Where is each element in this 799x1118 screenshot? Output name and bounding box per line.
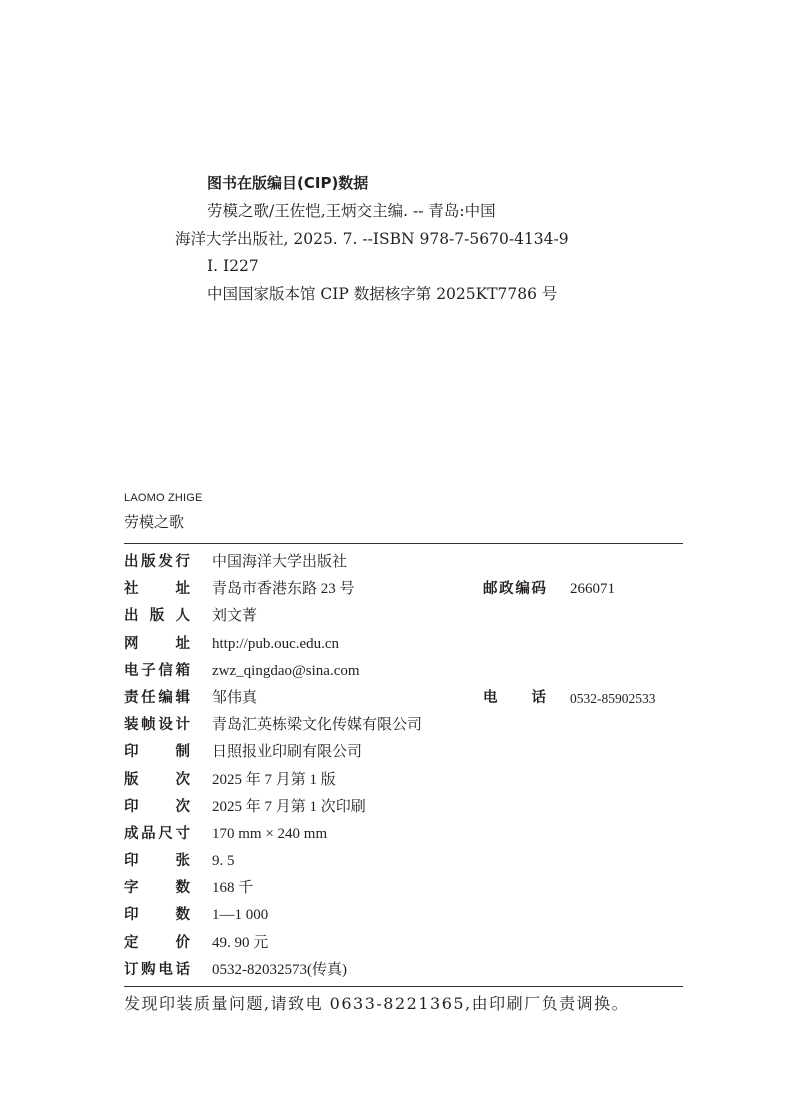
info-label: 字数 <box>124 875 190 902</box>
info-row: 版次2025 年 7 月第 1 版 <box>124 767 684 794</box>
info-label-char: 发 <box>158 549 173 576</box>
info-label-char: 出 <box>124 603 139 630</box>
book-title-pinyin: LAOMO ZHIGE <box>124 492 203 504</box>
info-value: 中国海洋大学出版社 <box>212 549 347 576</box>
info-label-char: 社 <box>124 576 139 603</box>
info-label-char: 出 <box>124 549 139 576</box>
info-row: 网址http://pub.ouc.edu.cn <box>124 631 684 658</box>
info-label-char: 次 <box>176 794 191 821</box>
info-row: 成品尺寸170 mm × 240 mm <box>124 821 684 848</box>
info-label-char: 行 <box>175 549 190 576</box>
info-label-char: 网 <box>124 631 139 658</box>
info-label-char: 箱 <box>175 658 190 685</box>
info-label: 出版发行 <box>124 549 190 576</box>
info-label-char: 定 <box>124 930 139 957</box>
info-value-secondary: 266071 <box>570 576 615 603</box>
info-label: 成品尺寸 <box>124 821 190 848</box>
cip-line-classification: Ⅰ. I227 <box>175 253 595 281</box>
info-label-char: 人 <box>176 603 191 630</box>
info-row: 装帧设计青岛汇英栋梁文化传媒有限公司 <box>124 712 684 739</box>
info-value: 青岛市香港东路 23 号 <box>212 576 355 603</box>
info-label: 装帧设计 <box>124 712 190 739</box>
info-row: 出版人刘文菁 <box>124 603 684 630</box>
info-label-char: 子 <box>141 658 156 685</box>
info-label-char: 版 <box>124 767 139 794</box>
info-row: 印张9. 5 <box>124 848 684 875</box>
info-label-char: 印 <box>124 739 139 766</box>
cip-data-block: 图书在版编目(CIP)数据 劳模之歌/王佐恺,王炳交主编. -- 青岛:中国 海… <box>175 170 595 309</box>
info-label-char: 制 <box>176 739 191 766</box>
info-value-secondary: 0532-85902533 <box>570 685 656 712</box>
info-row: 字数168 千 <box>124 875 684 902</box>
info-row: 印数1—1 000 <box>124 902 684 929</box>
info-row: 责任编辑邹伟真电话0532-85902533 <box>124 685 684 712</box>
info-row: 印次2025 年 7 月第 1 次印刷 <box>124 794 684 821</box>
info-label-char: 订 <box>124 957 139 984</box>
info-label-char: 责 <box>124 685 139 712</box>
info-value: 刘文菁 <box>212 603 257 630</box>
info-label-char: 政 <box>499 576 514 603</box>
info-row: 印制日照报业印刷有限公司 <box>124 739 684 766</box>
top-divider <box>124 543 683 544</box>
bottom-divider <box>124 986 683 987</box>
info-label: 电子信箱 <box>124 658 190 685</box>
info-label-char: 编 <box>515 576 530 603</box>
info-value: 2025 年 7 月第 1 版 <box>212 767 336 794</box>
info-value: zwz_qingdao@sina.com <box>212 658 360 685</box>
book-title: 劳模之歌 <box>124 511 184 532</box>
info-label: 印数 <box>124 902 190 929</box>
info-label-char: 寸 <box>175 821 190 848</box>
info-label-char: 辑 <box>175 685 190 712</box>
info-label-char: 印 <box>124 848 139 875</box>
cip-line-record-number: 中国国家版本馆 CIP 数据核字第 2025KT7786 号 <box>175 281 595 309</box>
info-label-char: 数 <box>176 902 191 929</box>
info-label-char: 电 <box>124 658 139 685</box>
info-label-char: 码 <box>531 576 546 603</box>
info-row: 订购电话0532-82032573(传真) <box>124 957 684 984</box>
info-label-char: 版 <box>141 549 156 576</box>
info-row: 出版发行中国海洋大学出版社 <box>124 549 684 576</box>
cip-line-publisher: 海洋大学出版社, 2025. 7. --ISBN 978-7-5670-4134… <box>175 226 595 254</box>
quality-notice: 发现印装质量问题,请致电 0633-8221365,由印刷厂负责调换。 <box>124 991 629 1014</box>
info-value: http://pub.ouc.edu.cn <box>212 631 339 658</box>
info-row: 社址青岛市香港东路 23 号邮政编码266071 <box>124 576 684 603</box>
info-label-char: 印 <box>124 902 139 929</box>
info-value: 日照报业印刷有限公司 <box>212 739 362 766</box>
info-value: 0532-82032573(传真) <box>212 957 347 984</box>
info-label-char: 计 <box>175 712 190 739</box>
info-label-secondary: 邮政编码 <box>483 576 546 603</box>
info-label-char: 价 <box>176 930 191 957</box>
cip-line-title: 劳模之歌/王佐恺,王炳交主编. -- 青岛:中国 <box>175 198 595 226</box>
info-label-char: 话 <box>175 957 190 984</box>
info-label-char: 邮 <box>483 576 498 603</box>
info-row: 定价49. 90 元 <box>124 930 684 957</box>
info-value: 青岛汇英栋梁文化传媒有限公司 <box>212 712 422 739</box>
info-label: 责任编辑 <box>124 685 190 712</box>
info-value: 49. 90 元 <box>212 930 268 957</box>
info-label-char: 帧 <box>141 712 156 739</box>
info-label: 网址 <box>124 631 190 658</box>
info-value: 170 mm × 240 mm <box>212 821 327 848</box>
info-value: 邹伟真 <box>212 685 257 712</box>
info-value: 168 千 <box>212 875 253 902</box>
info-label-char: 字 <box>124 875 139 902</box>
info-label: 版次 <box>124 767 190 794</box>
info-label-char: 成 <box>124 821 139 848</box>
info-label-char: 信 <box>158 658 173 685</box>
info-label-char: 址 <box>176 631 191 658</box>
info-value: 2025 年 7 月第 1 次印刷 <box>212 794 366 821</box>
info-label-secondary: 电话 <box>483 685 546 712</box>
info-label-char: 电 <box>483 685 498 712</box>
info-label-char: 次 <box>176 767 191 794</box>
info-value: 9. 5 <box>212 848 235 875</box>
cip-heading: 图书在版编目(CIP)数据 <box>175 170 595 198</box>
info-label-char: 任 <box>141 685 156 712</box>
info-row: 电子信箱zwz_qingdao@sina.com <box>124 658 684 685</box>
info-label-char: 址 <box>176 576 191 603</box>
info-label-char: 话 <box>532 685 547 712</box>
publication-info-table: 出版发行中国海洋大学出版社社址青岛市香港东路 23 号邮政编码266071出版人… <box>124 549 684 984</box>
info-label: 社址 <box>124 576 190 603</box>
info-label-char: 购 <box>141 957 156 984</box>
info-label-char: 张 <box>176 848 191 875</box>
info-label: 印次 <box>124 794 190 821</box>
info-label-char: 印 <box>124 794 139 821</box>
info-label-char: 版 <box>150 603 165 630</box>
info-label-char: 尺 <box>158 821 173 848</box>
info-label-char: 设 <box>158 712 173 739</box>
info-label: 订购电话 <box>124 957 190 984</box>
info-label: 印制 <box>124 739 190 766</box>
info-label: 印张 <box>124 848 190 875</box>
info-label-char: 编 <box>158 685 173 712</box>
info-label-char: 电 <box>158 957 173 984</box>
info-label: 出版人 <box>124 603 190 630</box>
info-label: 定价 <box>124 930 190 957</box>
info-label-char: 数 <box>176 875 191 902</box>
info-label-char: 品 <box>141 821 156 848</box>
info-value: 1—1 000 <box>212 902 268 929</box>
info-label-char: 装 <box>124 712 139 739</box>
